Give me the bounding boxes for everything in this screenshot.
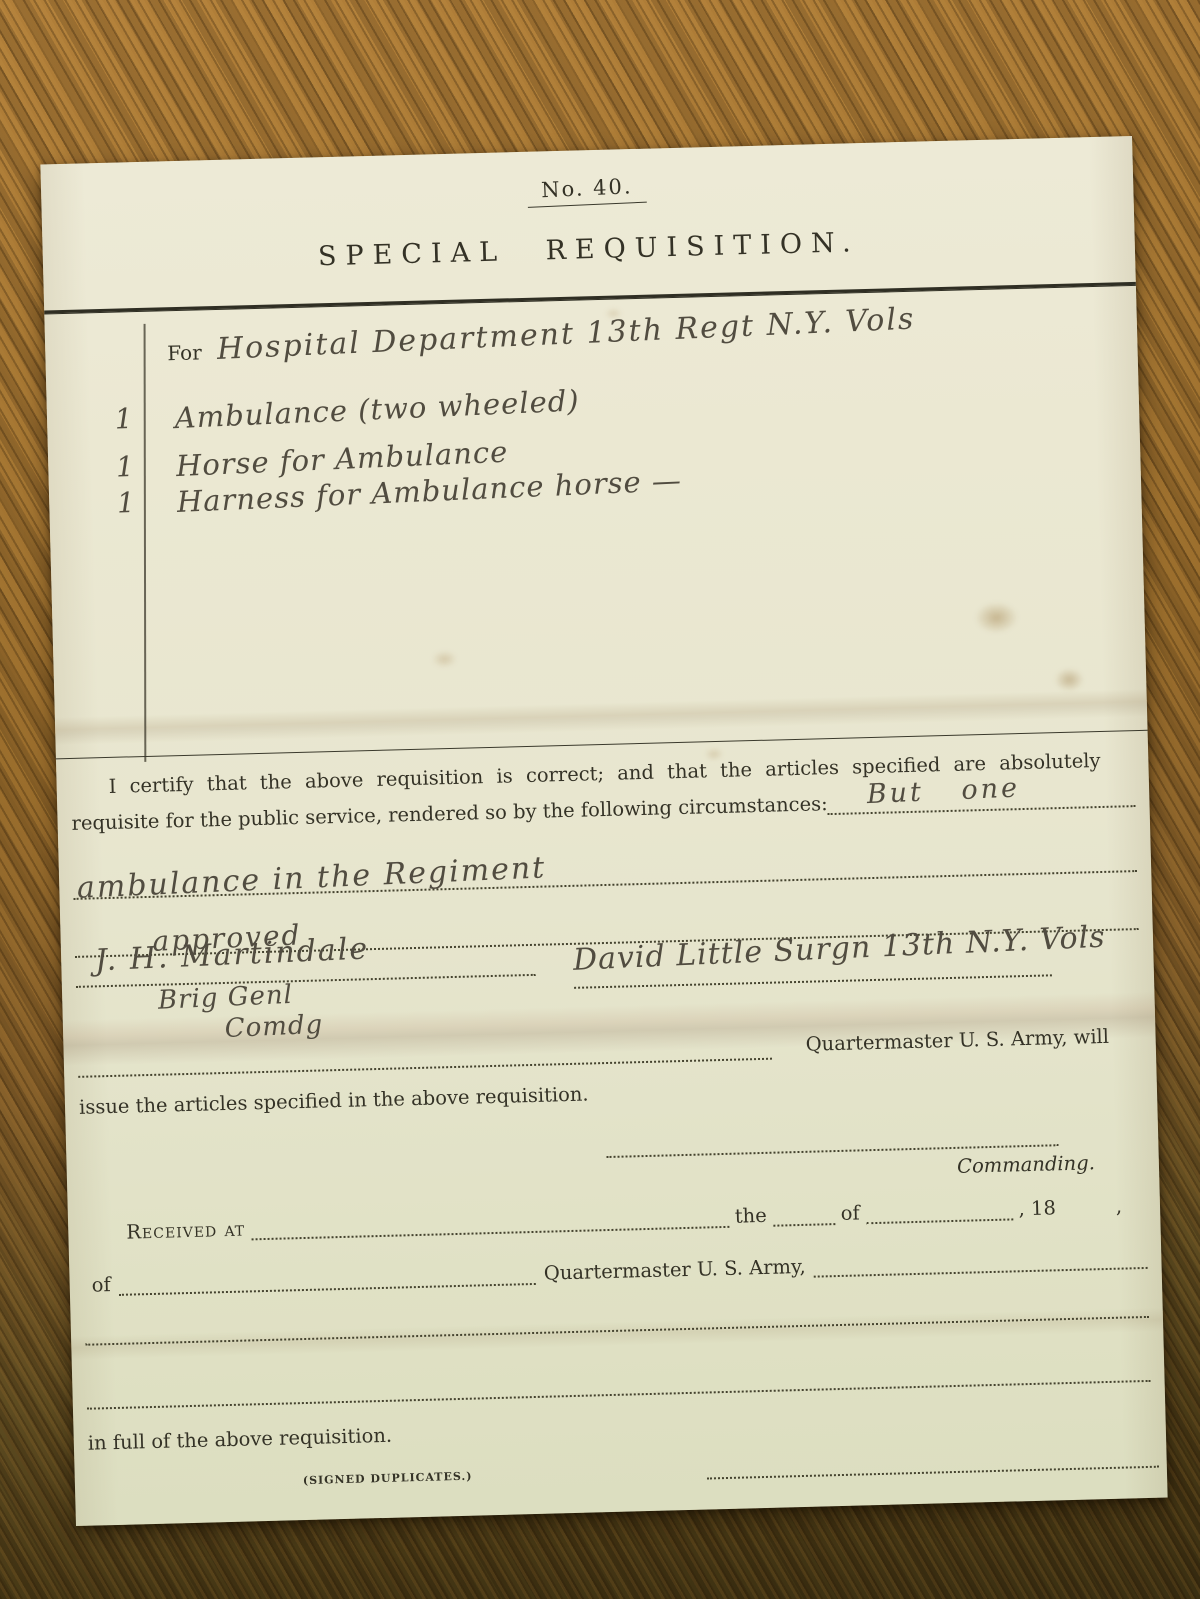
dotted-blank-line: ambulance in the Regiment: [73, 830, 1138, 900]
final-signature-blank: [707, 1466, 1159, 1480]
age-stain: [1054, 667, 1085, 692]
item-quantity: 1: [115, 450, 135, 484]
signature-blank: [814, 1262, 1148, 1278]
dotted-blank-line: [87, 1380, 1151, 1410]
trailing-comma: ,: [1115, 1195, 1122, 1218]
dotted-blank-line: [85, 1316, 1149, 1346]
age-stain: [974, 601, 1019, 634]
quartermaster-will-text: Quartermaster U. S. Army, will: [805, 1025, 1109, 1056]
signed-duplicates-note: (SIGNED DUPLICATES.): [303, 1470, 473, 1487]
signature-dotted-line: [574, 974, 1052, 989]
item-quantity: 1: [114, 402, 134, 436]
in-full-text: in full of the above requisition.: [88, 1424, 393, 1455]
of-label: of: [91, 1273, 111, 1296]
received-of-line: of Quartermaster U. S. Army,: [83, 1246, 1147, 1297]
fold-crease-lower: [71, 1308, 1163, 1361]
approver-commanding-handwritten: Comdg: [224, 1010, 324, 1044]
issue-articles-text: issue the articles specified in the abov…: [79, 1082, 589, 1118]
certify-line2-text: requisite for the public service, render…: [71, 792, 828, 835]
received-at-label: Received at: [126, 1218, 245, 1244]
place-blank: [251, 1221, 729, 1241]
received-at-line: Received at the of , 18 ,: [120, 1194, 1128, 1243]
day-blank: [773, 1218, 835, 1227]
requisition-document-paper: No. 40. SPECIAL REQUISITION. ForHospital…: [40, 136, 1167, 1526]
document-title: SPECIAL REQUISITION.: [43, 220, 1135, 280]
for-value-handwritten: Hospital Department 13th Regt N.Y. Vols: [217, 301, 917, 366]
quartermaster-name-blank: [78, 1058, 772, 1078]
for-line: ForHospital Department 13th Regt N.Y. Vo…: [167, 314, 917, 369]
name-blank: [119, 1278, 536, 1296]
month-blank: [866, 1213, 1013, 1224]
the-label: the: [734, 1204, 767, 1228]
age-stain: [431, 650, 457, 669]
requisition-item-row: 1 Ambulance (two wheeled): [47, 376, 1139, 405]
year-prefix: , 18: [1018, 1196, 1056, 1220]
form-number-text: No. 40.: [527, 174, 648, 208]
dotted-blank: But one: [828, 799, 1136, 815]
year-blank: [1062, 1218, 1110, 1219]
of-label: of: [840, 1201, 860, 1224]
commanding-label: Commanding.: [67, 1151, 1095, 1201]
approver-rank-handwritten: Brig Genl: [157, 980, 293, 1016]
circumstances-handwritten-continued: ambulance in the Regiment: [76, 850, 547, 905]
circumstances-handwritten: But one: [866, 772, 1021, 810]
quartermaster-label: Quartermaster U. S. Army,: [544, 1255, 806, 1285]
item-quantity: 1: [116, 486, 136, 520]
item-description: Ambulance (two wheeled): [174, 383, 580, 435]
double-rule-divider: [44, 282, 1136, 315]
quantity-column-rule: [144, 324, 146, 762]
fold-crease-upper: [55, 689, 1147, 746]
form-number: No. 40.: [41, 162, 1133, 220]
for-label: For: [167, 340, 202, 365]
